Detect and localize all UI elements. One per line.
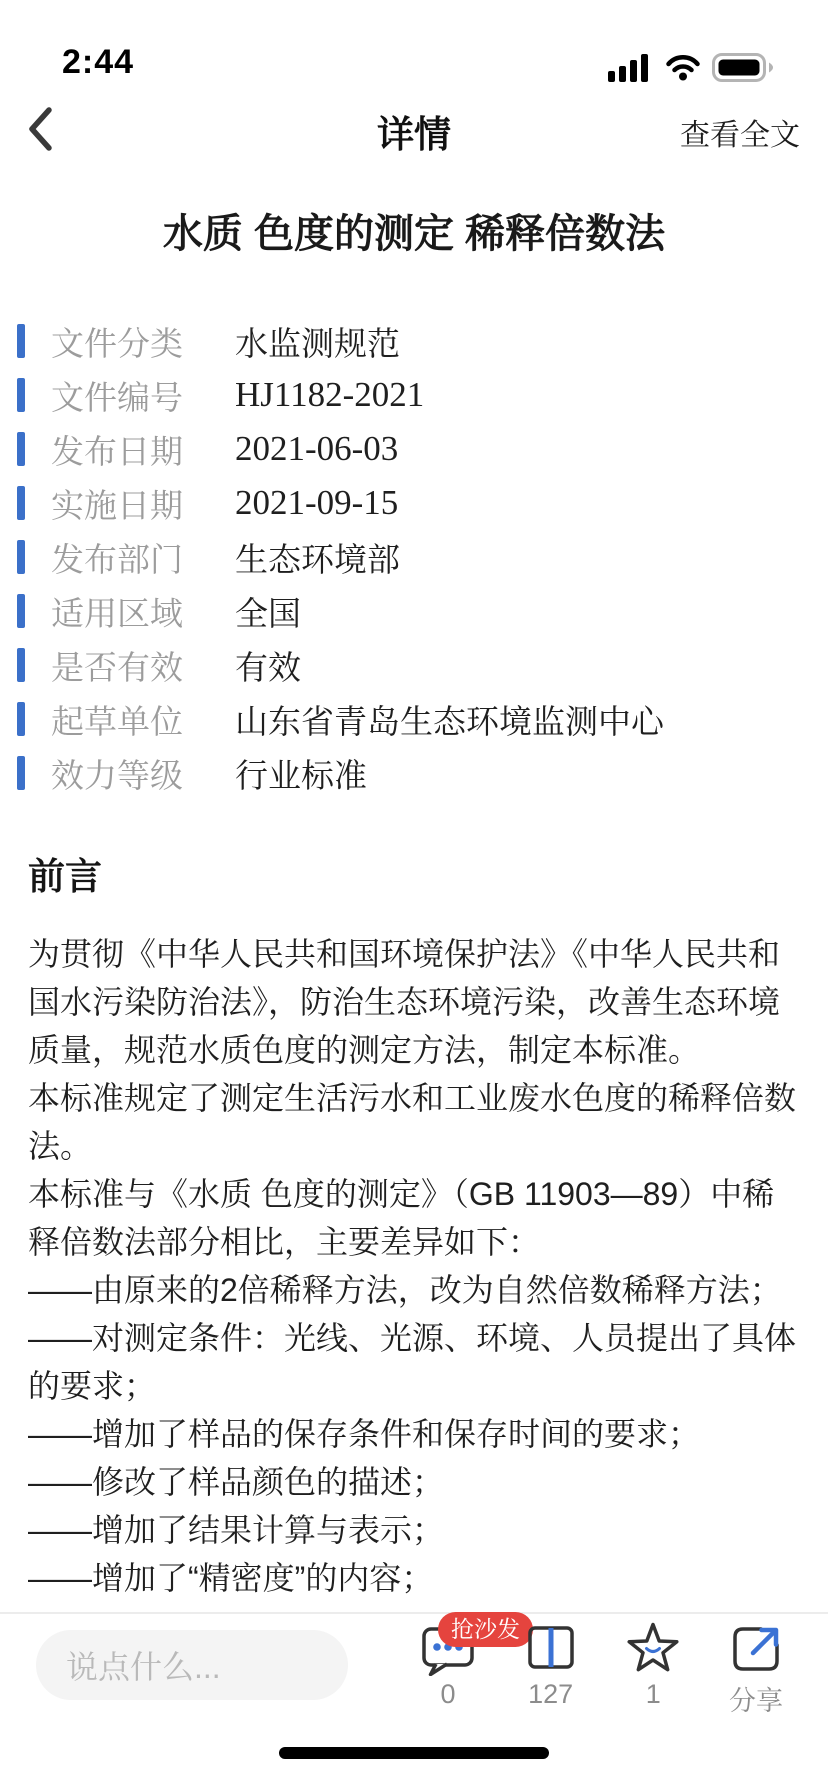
- screen: 2:44 详情: [0, 0, 828, 1792]
- meta-value: 2021-09-15: [235, 483, 398, 523]
- meta-label: 发布部门: [51, 534, 235, 581]
- favorite-count: 1: [646, 1679, 661, 1710]
- toolbar-actions: 抢沙发 0 127 1 分享: [400, 1620, 804, 1720]
- meta-accent-bar: [17, 702, 25, 736]
- share-button[interactable]: 分享: [708, 1620, 804, 1720]
- toolbar-divider: [0, 1612, 828, 1614]
- body-paragraph: 本标准规定了测定生活污水和工业废水色度的稀释倍数法。: [28, 1074, 802, 1170]
- meta-row-issuing-department: 发布部门 生态环境部: [0, 530, 828, 584]
- body-paragraph: ——增加了样品的保存条件和保存时间的要求；: [28, 1410, 802, 1458]
- read-count: 127: [528, 1679, 573, 1710]
- home-indicator[interactable]: [279, 1747, 549, 1759]
- meta-row-file-number: 文件编号 HJ1182-2021: [0, 368, 828, 422]
- meta-value: 2021-06-03: [235, 429, 398, 469]
- meta-accent-bar: [17, 756, 25, 790]
- meta-value: 全国: [235, 588, 301, 635]
- body-paragraph: ——由原来的2倍稀释方法，改为自然倍数稀释方法；: [28, 1266, 802, 1314]
- body-paragraph: 为贯彻《中华人民共和国环境保护法》《中华人民共和国水污染防治法》，防治生态环境污…: [28, 930, 802, 1074]
- comment-count: 0: [440, 1679, 455, 1710]
- meta-row-effective-date: 实施日期 2021-09-15: [0, 476, 828, 530]
- meta-accent-bar: [17, 648, 25, 682]
- body-paragraph: ——修改了样品颜色的描述；: [28, 1458, 802, 1506]
- comment-input-placeholder: 说点什么...: [66, 1642, 221, 1688]
- battery-icon: [712, 52, 776, 82]
- meta-label: 起草单位: [51, 696, 235, 743]
- meta-label: 实施日期: [51, 480, 235, 527]
- status-bar: 2:44: [0, 0, 828, 90]
- signal-icon: [608, 52, 654, 82]
- star-icon: [625, 1620, 681, 1676]
- meta-accent-bar: [17, 432, 25, 466]
- meta-value: 行业标准: [235, 750, 367, 797]
- meta-value: 水监测规范: [235, 318, 400, 365]
- meta-row-drafting-unit: 起草单位 山东省青岛生态环境监测中心: [0, 692, 828, 746]
- open-book-icon: [523, 1620, 579, 1676]
- meta-accent-bar: [17, 486, 25, 520]
- meta-accent-bar: [17, 540, 25, 574]
- meta-row-applicable-region: 适用区域 全国: [0, 584, 828, 638]
- wifi-icon: [664, 53, 702, 81]
- status-icons: [608, 52, 776, 82]
- body-paragraph: ——增加了“精密度”的内容；: [28, 1554, 802, 1602]
- meta-list: 文件分类 水监测规范 文件编号 HJ1182-2021 发布日期 2021-06…: [0, 314, 828, 800]
- meta-accent-bar: [17, 324, 25, 358]
- nav-bar: 详情 查看全文: [0, 92, 828, 166]
- meta-label: 是否有效: [51, 642, 235, 689]
- meta-label: 文件分类: [51, 318, 235, 365]
- body-paragraph: ——增加了结果计算与表示；: [28, 1506, 802, 1554]
- view-full-text-button[interactable]: 查看全文: [680, 110, 800, 154]
- meta-row-category: 文件分类 水监测规范: [0, 314, 828, 368]
- share-icon: [728, 1620, 784, 1676]
- body-paragraph: 本标准与《水质 色度的测定》（GB 11903—89）中稀释倍数法部分相比，主要…: [28, 1170, 802, 1266]
- meta-accent-bar: [17, 594, 25, 628]
- favorite-button[interactable]: 1: [605, 1620, 701, 1720]
- read-button[interactable]: 127: [503, 1620, 599, 1720]
- document-body: 为贯彻《中华人民共和国环境保护法》《中华人民共和国水污染防治法》，防治生态环境污…: [28, 930, 802, 1602]
- comment-button[interactable]: 抢沙发 0: [400, 1620, 496, 1720]
- comment-input[interactable]: 说点什么...: [36, 1630, 348, 1700]
- meta-label: 发布日期: [51, 426, 235, 473]
- meta-row-publish-date: 发布日期 2021-06-03: [0, 422, 828, 476]
- meta-label: 文件编号: [51, 372, 235, 419]
- meta-row-legal-level: 效力等级 行业标准: [0, 746, 828, 800]
- document-title: 水质 色度的测定 稀释倍数法: [40, 202, 788, 259]
- meta-value: HJ1182-2021: [235, 375, 424, 415]
- meta-label: 适用区域: [51, 588, 235, 635]
- share-label: 分享: [729, 1679, 783, 1718]
- meta-label: 效力等级: [51, 750, 235, 797]
- meta-value: 山东省青岛生态环境监测中心: [235, 696, 664, 743]
- meta-row-validity: 是否有效 有效: [0, 638, 828, 692]
- meta-value: 有效: [235, 642, 301, 689]
- status-time: 2:44: [62, 43, 134, 82]
- meta-value: 生态环境部: [235, 534, 400, 581]
- section-heading: 前言: [28, 846, 102, 900]
- body-paragraph: ——对测定条件：光线、光源、环境、人员提出了具体的要求；: [28, 1314, 802, 1410]
- meta-accent-bar: [17, 378, 25, 412]
